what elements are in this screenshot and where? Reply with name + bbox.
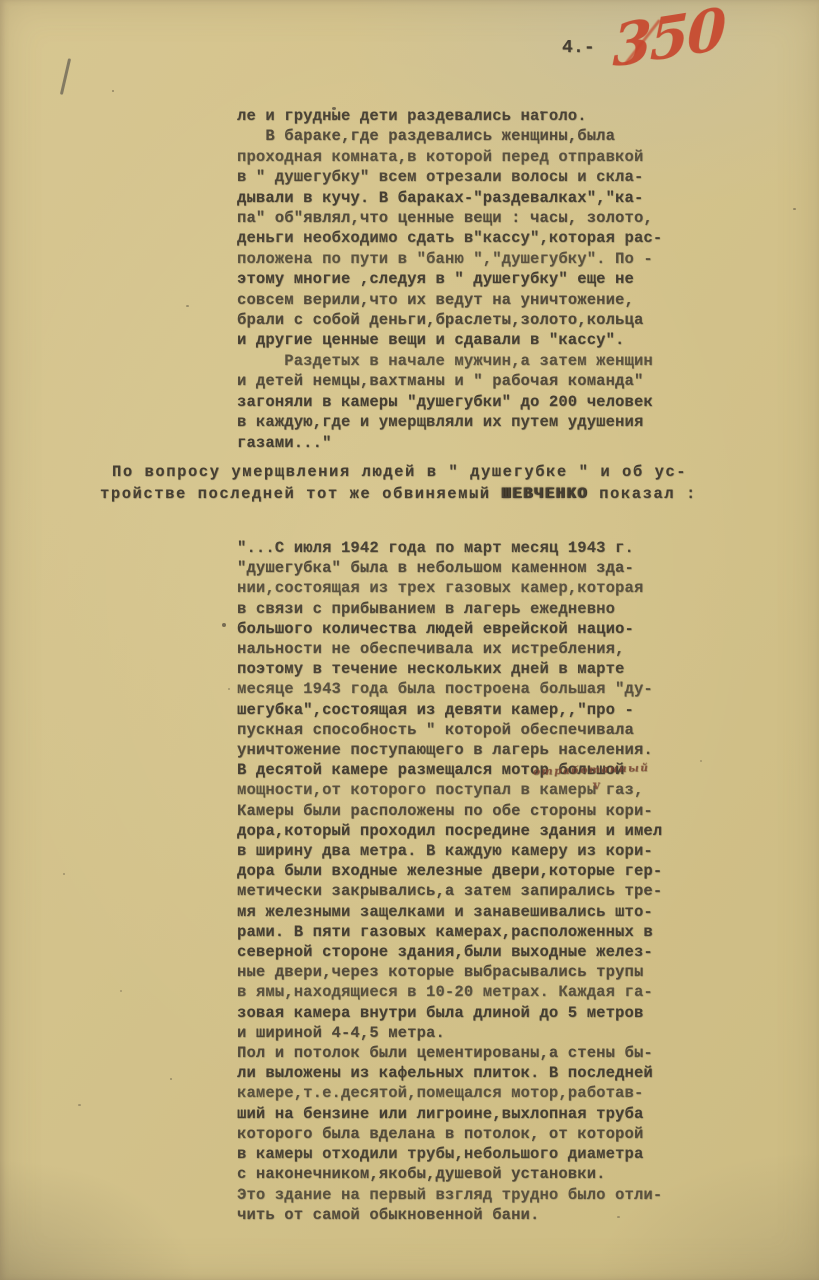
typed-line: мя железными защелками и занавешивались … bbox=[237, 902, 662, 922]
typed-line: дора,который проходил посредине здания и… bbox=[237, 821, 662, 841]
typed-line: которого была вделана в потолок, от кото… bbox=[237, 1124, 662, 1144]
paper-speck bbox=[700, 760, 702, 762]
typed-line: пускная способность " которой обеспечива… bbox=[237, 720, 662, 740]
typed-line: месяце 1943 года была построена большая … bbox=[237, 679, 662, 699]
quoted-testimony-block-1: ле и грудные дети раздевались наголо. В … bbox=[237, 106, 662, 453]
handwritten-folio-number: 350 bbox=[612, 0, 725, 80]
typed-line: проходная комната,в которой перед отправ… bbox=[237, 147, 662, 167]
typed-line: нии,состоящая из трех газовых камер,кото… bbox=[237, 578, 662, 598]
typed-line: рами. В пяти газовых камерах,расположенн… bbox=[237, 922, 662, 942]
paper-speck bbox=[120, 990, 122, 992]
paper-speck bbox=[63, 873, 65, 875]
connector-line-2: тройстве последней тот же обвиняемый ШЕВ… bbox=[100, 484, 697, 506]
typed-line: деньги необходимо сдать в"кассу",которая… bbox=[237, 228, 662, 248]
connector-text-pre: тройстве последней тот же обвиняемый bbox=[100, 485, 502, 503]
typed-line: нальности не обеспечивала их истребления… bbox=[237, 639, 662, 659]
typed-line: дора были входные железные двери,которые… bbox=[237, 861, 662, 881]
paper-speck bbox=[793, 208, 796, 210]
typed-line: чить от самой обыкновенной бани. bbox=[237, 1205, 662, 1225]
typed-line: этому многие ,следуя в " душегубку" еще … bbox=[237, 269, 662, 289]
paper-speck bbox=[170, 1078, 172, 1080]
typed-line: в каждую,где и умерщвляли их путем удуше… bbox=[237, 412, 662, 432]
typed-line: положена по пути в "баню ","душегубку". … bbox=[237, 249, 662, 269]
typed-line: уничтожение поступающего в лагерь населе… bbox=[237, 740, 662, 760]
typed-line: и детей немцы,вахтманы и " рабочая коман… bbox=[237, 371, 662, 391]
typed-line: ли выложены из кафельных плиток. В после… bbox=[237, 1063, 662, 1083]
typed-line: "...С июля 1942 года по март месяц 1943 … bbox=[237, 538, 662, 558]
typed-line: в ямы,находящиеся в 10-20 метрах. Каждая… bbox=[237, 982, 662, 1002]
typed-line: метически закрывались,а затем запирались… bbox=[237, 881, 662, 901]
connecting-paragraph: По вопросу умерщвления людей в " душегуб… bbox=[100, 462, 697, 505]
defendant-name: ШЕВЧЕНКО bbox=[502, 485, 589, 503]
typed-line: ле и грудные дети раздевались наголо. bbox=[237, 106, 662, 126]
paper-speck bbox=[540, 111, 543, 114]
typed-line: загоняли в камеры "душегубки" до 200 чел… bbox=[237, 392, 662, 412]
typed-line: камере,т.е.десятой,помещался мотор,работ… bbox=[237, 1083, 662, 1103]
typed-line: в связи с прибыванием в лагерь ежедневно bbox=[237, 599, 662, 619]
typed-line: большого количества людей еврейской наци… bbox=[237, 619, 662, 639]
connector-text-post: показал : bbox=[588, 485, 697, 503]
quoted-testimony-block-2: "...С июля 1942 года по март месяц 1943 … bbox=[237, 538, 662, 1225]
typed-line: ные двери,через которые выбрасывались тр… bbox=[237, 962, 662, 982]
quote2-lines: "...С июля 1942 года по март месяц 1943 … bbox=[237, 538, 662, 1225]
paper-speck bbox=[78, 1104, 81, 1106]
typed-line: в камеры отходили трубы,небольшого диаме… bbox=[237, 1144, 662, 1164]
typed-line: и другие ценные вещи и сдавали в "кассу"… bbox=[237, 330, 662, 350]
typed-line: поэтому в течение нескольких дней в март… bbox=[237, 659, 662, 679]
typed-line: дывали в кучу. В бараках-"раздевалках","… bbox=[237, 188, 662, 208]
typed-line: шегубка",состоящая из девяти камер,,"про… bbox=[237, 700, 662, 720]
typed-line: и шириной 4-4,5 метра. bbox=[237, 1023, 662, 1043]
pen-stroke-mark bbox=[60, 58, 71, 95]
typed-line: брали с собой деньги,браслеты,золото,кол… bbox=[237, 310, 662, 330]
typed-line: "душегубка" была в небольшом каменном зд… bbox=[237, 558, 662, 578]
paper-speck bbox=[617, 1216, 620, 1218]
typed-line: Пол и потолок были цементированы,а стены… bbox=[237, 1043, 662, 1063]
paper-speck bbox=[430, 470, 432, 472]
paper-speck bbox=[186, 305, 189, 307]
paper-speck bbox=[332, 107, 336, 110]
paper-speck bbox=[222, 623, 226, 627]
document-page: 4.- 350 ле и грудные дети раздевались на… bbox=[0, 0, 819, 1280]
paper-speck bbox=[112, 90, 114, 92]
typed-line: зовая камера внутри была длиной до 5 мет… bbox=[237, 1003, 662, 1023]
connector-line-1: По вопросу умерщвления людей в " душегуб… bbox=[100, 462, 697, 484]
typed-line: в ширину два метра. В каждую камеру из к… bbox=[237, 841, 662, 861]
typed-line: в " душегубку" всем отрезали волосы и ск… bbox=[237, 167, 662, 187]
typed-line: северной стороне здания,были выходные же… bbox=[237, 942, 662, 962]
typed-line: Камеры были расположены по обе стороны к… bbox=[237, 801, 662, 821]
typed-line: Раздетых в начале мужчин,а затем женщин bbox=[237, 351, 662, 371]
page-number: 4.- bbox=[562, 38, 595, 58]
typed-line: газами..." bbox=[237, 433, 662, 453]
typed-line: ший на бензине или лигроине,выхлопная тр… bbox=[237, 1104, 662, 1124]
typed-line: па" об"являл,что ценные вещи : часы, зол… bbox=[237, 208, 662, 228]
paper-speck bbox=[228, 688, 230, 690]
typed-line: с наконечником,якобы,душевой установки. bbox=[237, 1164, 662, 1184]
insertion-caret-icon: v bbox=[593, 778, 600, 792]
typed-line: В бараке,где раздевались женщины,была bbox=[237, 126, 662, 146]
typed-line: совсем верили,что их ведут на уничтожени… bbox=[237, 290, 662, 310]
typed-line: Это здание на первый взгляд трудно было … bbox=[237, 1185, 662, 1205]
